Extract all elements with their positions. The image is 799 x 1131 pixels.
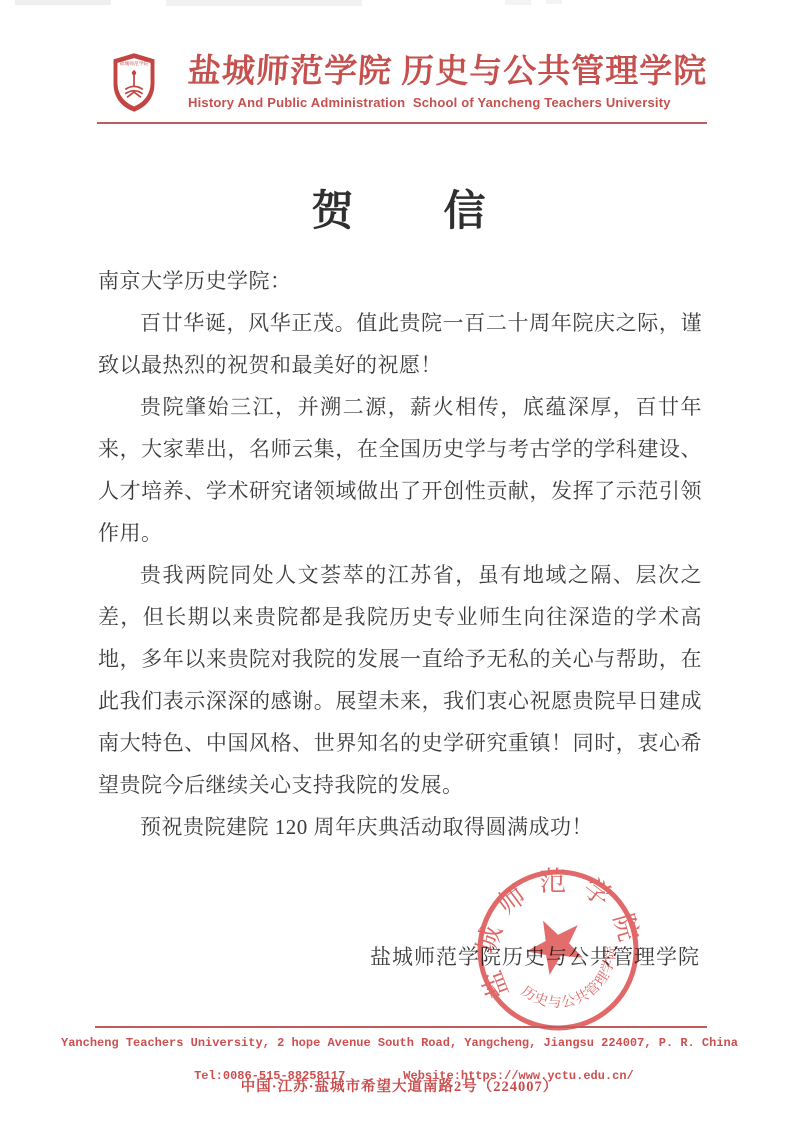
paragraph: 贵我两院同处人文荟萃的江苏省，虽有地域之隔、层次之差，但长期以来贵院都是我院历史… [98,554,702,806]
scan-artifact [546,0,562,4]
university-shield-emblem-icon: 盐城师范学院 [112,52,156,113]
scan-artifact [15,0,111,5]
letter-title: 贺 信 [0,178,799,238]
letter-body: 南京大学历史学院： 百廿华诞，风华正茂。值此贵院一百二十周年院庆之际，谨致以最热… [98,260,702,848]
scanned-letter-page: 盐城师范学院 盐城师范学院 历史与公共管理学院 History And Publ… [0,0,799,1131]
footer-address-cn: 中国·江苏·盐城市希望大道南路2号（224007） [0,1075,799,1096]
scan-artifact [505,0,531,5]
scan-artifact [166,0,362,6]
letterhead-title: 盐城师范学院 历史与公共管理学院 [188,52,748,92]
university-name-calligraphy: 盐城师范学院 [187,52,394,92]
official-seal-stamp: 盐城师范学院 历史与公共管理学院 [468,860,648,1040]
letterhead-divider [97,122,707,124]
footer-divider [95,1026,707,1028]
seal-star-icon [517,907,592,979]
school-name: 历史与公共管理学院 [401,54,707,90]
paragraph: 预祝贵院建院 120 周年庆典活动取得圆满成功！ [98,806,702,848]
paragraph: 百廿华诞，风华正茂。值此贵院一百二十周年院庆之际，谨致以最热烈的祝贺和最美好的祝… [98,302,702,386]
letterhead-english-name: History And Public Administration School… [188,95,748,110]
salutation: 南京大学历史学院： [98,260,702,302]
footer-address-en: Yancheng Teachers University, 2 hope Ave… [0,1036,799,1050]
paragraph: 贵院肇始三江，并溯二源，薪火相传，底蕴深厚，百廿年来，大家辈出，名师云集，在全国… [98,386,702,554]
